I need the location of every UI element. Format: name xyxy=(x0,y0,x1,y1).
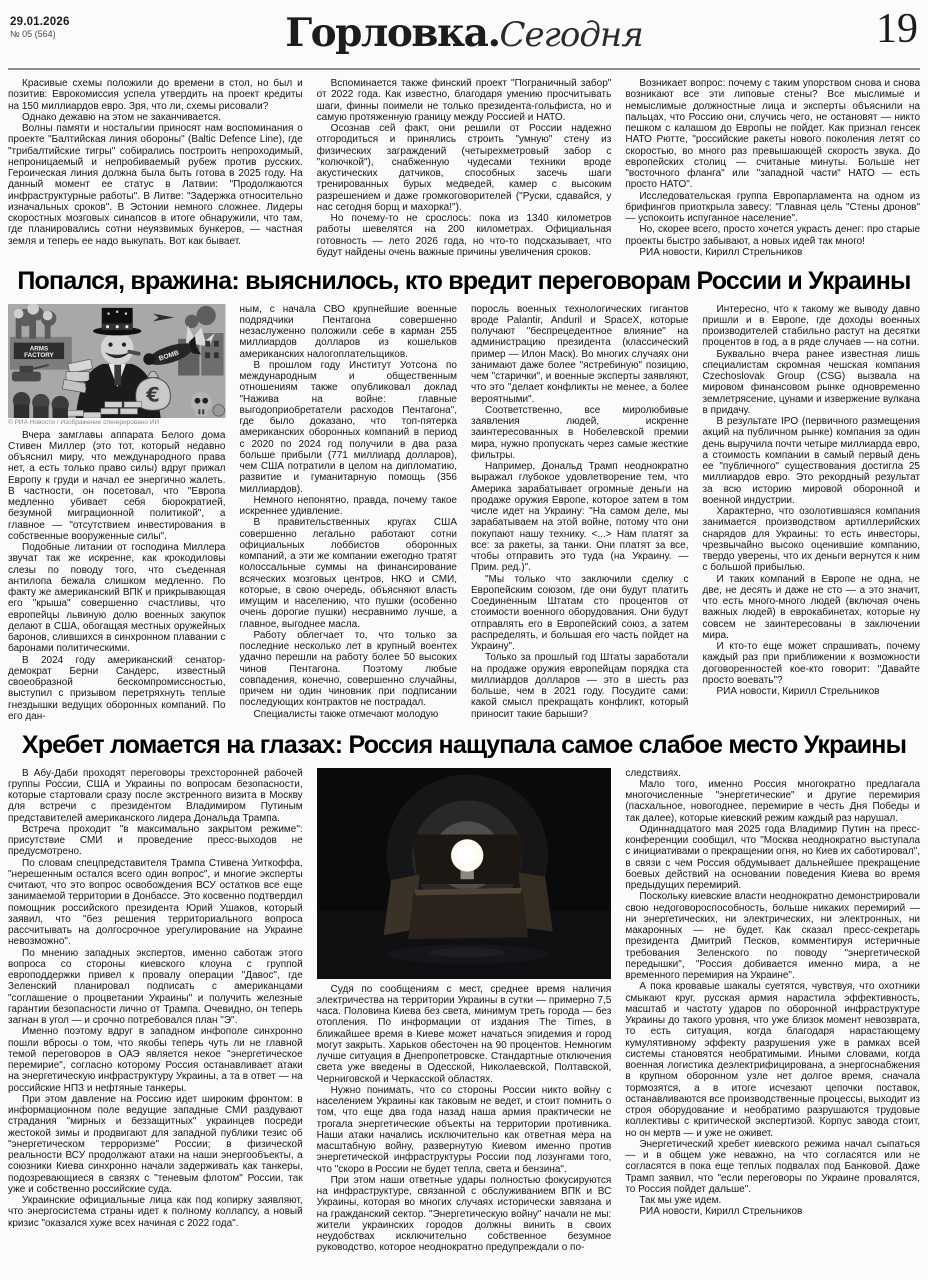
article-peace-saboteurs: Попался, вражина: выяснилось, кто вредит… xyxy=(8,267,920,722)
paragraph: Соответственно, все миролюбивые заявлени… xyxy=(471,405,689,461)
paragraph: Возникает вопрос: почему с таким упорств… xyxy=(625,78,920,191)
article2-column-1-text: Вчера замглавы аппарата Белого дома Стив… xyxy=(8,430,226,723)
paragraph: "Мы только что заключили сделку с Европе… xyxy=(471,574,689,653)
article2-column-2: ным, с начала СВО крупнейшие военные под… xyxy=(240,304,458,723)
article3-column-2-text: Судя по сообщениям с мест, среднее время… xyxy=(317,984,612,1254)
paragraph: ным, с начала СВО крупнейшие военные под… xyxy=(240,304,458,360)
paragraph: Немного непонятно, правда, почему такое … xyxy=(240,495,458,518)
article2-headline: Попался, вражина: выяснилось, кто вредит… xyxy=(8,267,920,297)
page-number: 19 xyxy=(876,8,918,50)
paragraph: Специалисты также отмечают молодую xyxy=(240,709,458,720)
paragraph: Одиннадцатого мая 2025 года Владимир Пут… xyxy=(625,824,920,892)
paragraph: Характерно, что озолотившаяся компания з… xyxy=(703,506,921,574)
article2-column-3: поросль военных технологических гигантов… xyxy=(471,304,689,723)
header-rule xyxy=(8,68,920,70)
paragraph: Вчера замглавы аппарата Белого дома Стив… xyxy=(8,430,226,543)
paragraph: Осознав сей факт, они решили от России н… xyxy=(317,123,612,213)
paragraph: РИА новости, Кирилл Стрельников xyxy=(625,247,920,258)
article2-column-4: Интересно, что к такому же выводу давно … xyxy=(703,304,921,723)
paragraph: РИА новости, Кирилл Стрельников xyxy=(625,1206,920,1217)
paragraph: И кто-то еще может спрашивать, почему ка… xyxy=(703,641,921,686)
paragraph: В Абу-Даби проходят переговоры трехсторо… xyxy=(8,768,303,824)
page-header: 29.01.2026 № 05 (564) Горловка.Сегодня 1… xyxy=(8,6,920,66)
paragraph: Мало того, именно Россия многократно пре… xyxy=(625,779,920,824)
paragraph: Вспоминается также финский проект "Погра… xyxy=(317,78,612,123)
masthead-title: Горловка.Сегодня xyxy=(8,10,920,56)
paragraph: Но, скорее всего, просто хочется украсть… xyxy=(625,224,920,247)
paragraph: В результате IPO (первичного размещения … xyxy=(703,416,921,506)
cartoon-figure: ARMS FACTORY xyxy=(8,304,226,426)
euro-symbol: € xyxy=(145,383,159,406)
paragraph: При этом наши ответные удары полностью ф… xyxy=(317,1175,612,1254)
masthead-script: Сегодня xyxy=(500,15,643,55)
masthead-main: Горловка. xyxy=(285,10,499,56)
paragraph: А пока кровавые шакалы суетятся, чувству… xyxy=(625,981,920,1139)
left-fist xyxy=(85,379,97,391)
article3-column-3: следствиях.Мало того, именно Россия мног… xyxy=(625,768,920,1254)
factory-sign-bottom: FACTORY xyxy=(24,352,54,359)
paragraph: Волны памяти и ностальгии приносят нам в… xyxy=(8,123,303,247)
paragraph: В прошлом году Институт Уотсона по между… xyxy=(240,360,458,495)
paragraph: Работу облегчает то, что только за после… xyxy=(240,630,458,709)
paragraph: По мнению западных экспертов, именно саб… xyxy=(8,948,303,1027)
paragraph: Нужно понимать, что со стороны России ни… xyxy=(317,1085,612,1175)
soldiers xyxy=(13,391,69,417)
cartoon-caption: © РИА Новости / Изображение сгенерирован… xyxy=(8,419,226,426)
paragraph: Исследовательская группа Европарламента … xyxy=(625,191,920,225)
paragraph: Подобные литании от господина Миллера зв… xyxy=(8,542,226,655)
right-fist xyxy=(143,353,155,365)
paragraph: Поскольку киевские власти неоднократно д… xyxy=(625,891,920,981)
paragraph: РИА новости, Кирилл Стрельников xyxy=(703,686,921,697)
arms-dealer-cartoon-illustration: ARMS FACTORY xyxy=(8,304,226,418)
article1-column-3: Возникает вопрос: почему с таким упорств… xyxy=(625,78,920,258)
paragraph: В правительственных кругах США совершенн… xyxy=(240,517,458,630)
paragraph: По словам спецпредставителя Трампа Стиве… xyxy=(8,858,303,948)
paragraph: Так мы уже идем. xyxy=(625,1195,920,1206)
photo-figure xyxy=(317,768,612,979)
paragraph: поросль военных технологических гигантов… xyxy=(471,304,689,405)
paragraph: Судя по сообщениям с мест, среднее время… xyxy=(317,984,612,1085)
paragraph: Интересно, что к такому же выводу давно … xyxy=(703,304,921,349)
paragraph: И таких компаний в Европе не одна, не дв… xyxy=(703,574,921,642)
article3-column-2: Судя по сообщениям с мест, среднее время… xyxy=(317,768,612,1254)
lightbulb-in-box-photo xyxy=(317,768,612,979)
article3-headline: Хребет ломается на глазах: Россия нащупа… xyxy=(8,731,920,761)
paragraph: следствиях. xyxy=(625,768,920,779)
article3-column-1: В Абу-Даби проходят переговоры трехсторо… xyxy=(8,768,303,1254)
paragraph: Украинские официальные лица как под копи… xyxy=(8,1195,303,1229)
paragraph: Однако дежавю на этом не заканчивается. xyxy=(8,112,303,123)
paragraph: При этом давление на Россию идет широким… xyxy=(8,1094,303,1195)
paragraph: В 2024 году американский сенатор-демокра… xyxy=(8,655,226,723)
paragraph: Встреча проходит "в максимально закрытом… xyxy=(8,824,303,858)
paragraph: Например, Дональд Трамп неоднократно выр… xyxy=(471,461,689,574)
paragraph: Энергетический хребет киевского режима н… xyxy=(625,1139,920,1195)
paragraph: Но почему-то не срослось: пока из 1340 к… xyxy=(317,213,612,258)
paragraph: Именно поэтому вдруг в западном инфополе… xyxy=(8,1026,303,1094)
article1-column-2: Вспоминается также финский проект "Погра… xyxy=(317,78,612,258)
article-energy-spine: Хребет ломается на глазах: Россия нащупа… xyxy=(8,731,920,1254)
paragraph: Только за прошлый год Штаты заработали н… xyxy=(471,652,689,720)
article1-column-1: Красивые схемы положили до времени в сто… xyxy=(8,78,303,258)
article2-column-1: ARMS FACTORY xyxy=(8,304,226,723)
article-baltic-walls: Красивые схемы положили до времени в сто… xyxy=(8,78,920,258)
newspaper-page: 29.01.2026 № 05 (564) Горловка.Сегодня 1… xyxy=(0,0,928,1280)
paragraph: Буквально вчера ранее известная лишь спе… xyxy=(703,349,921,417)
paragraph: Красивые схемы положили до времени в сто… xyxy=(8,78,303,112)
